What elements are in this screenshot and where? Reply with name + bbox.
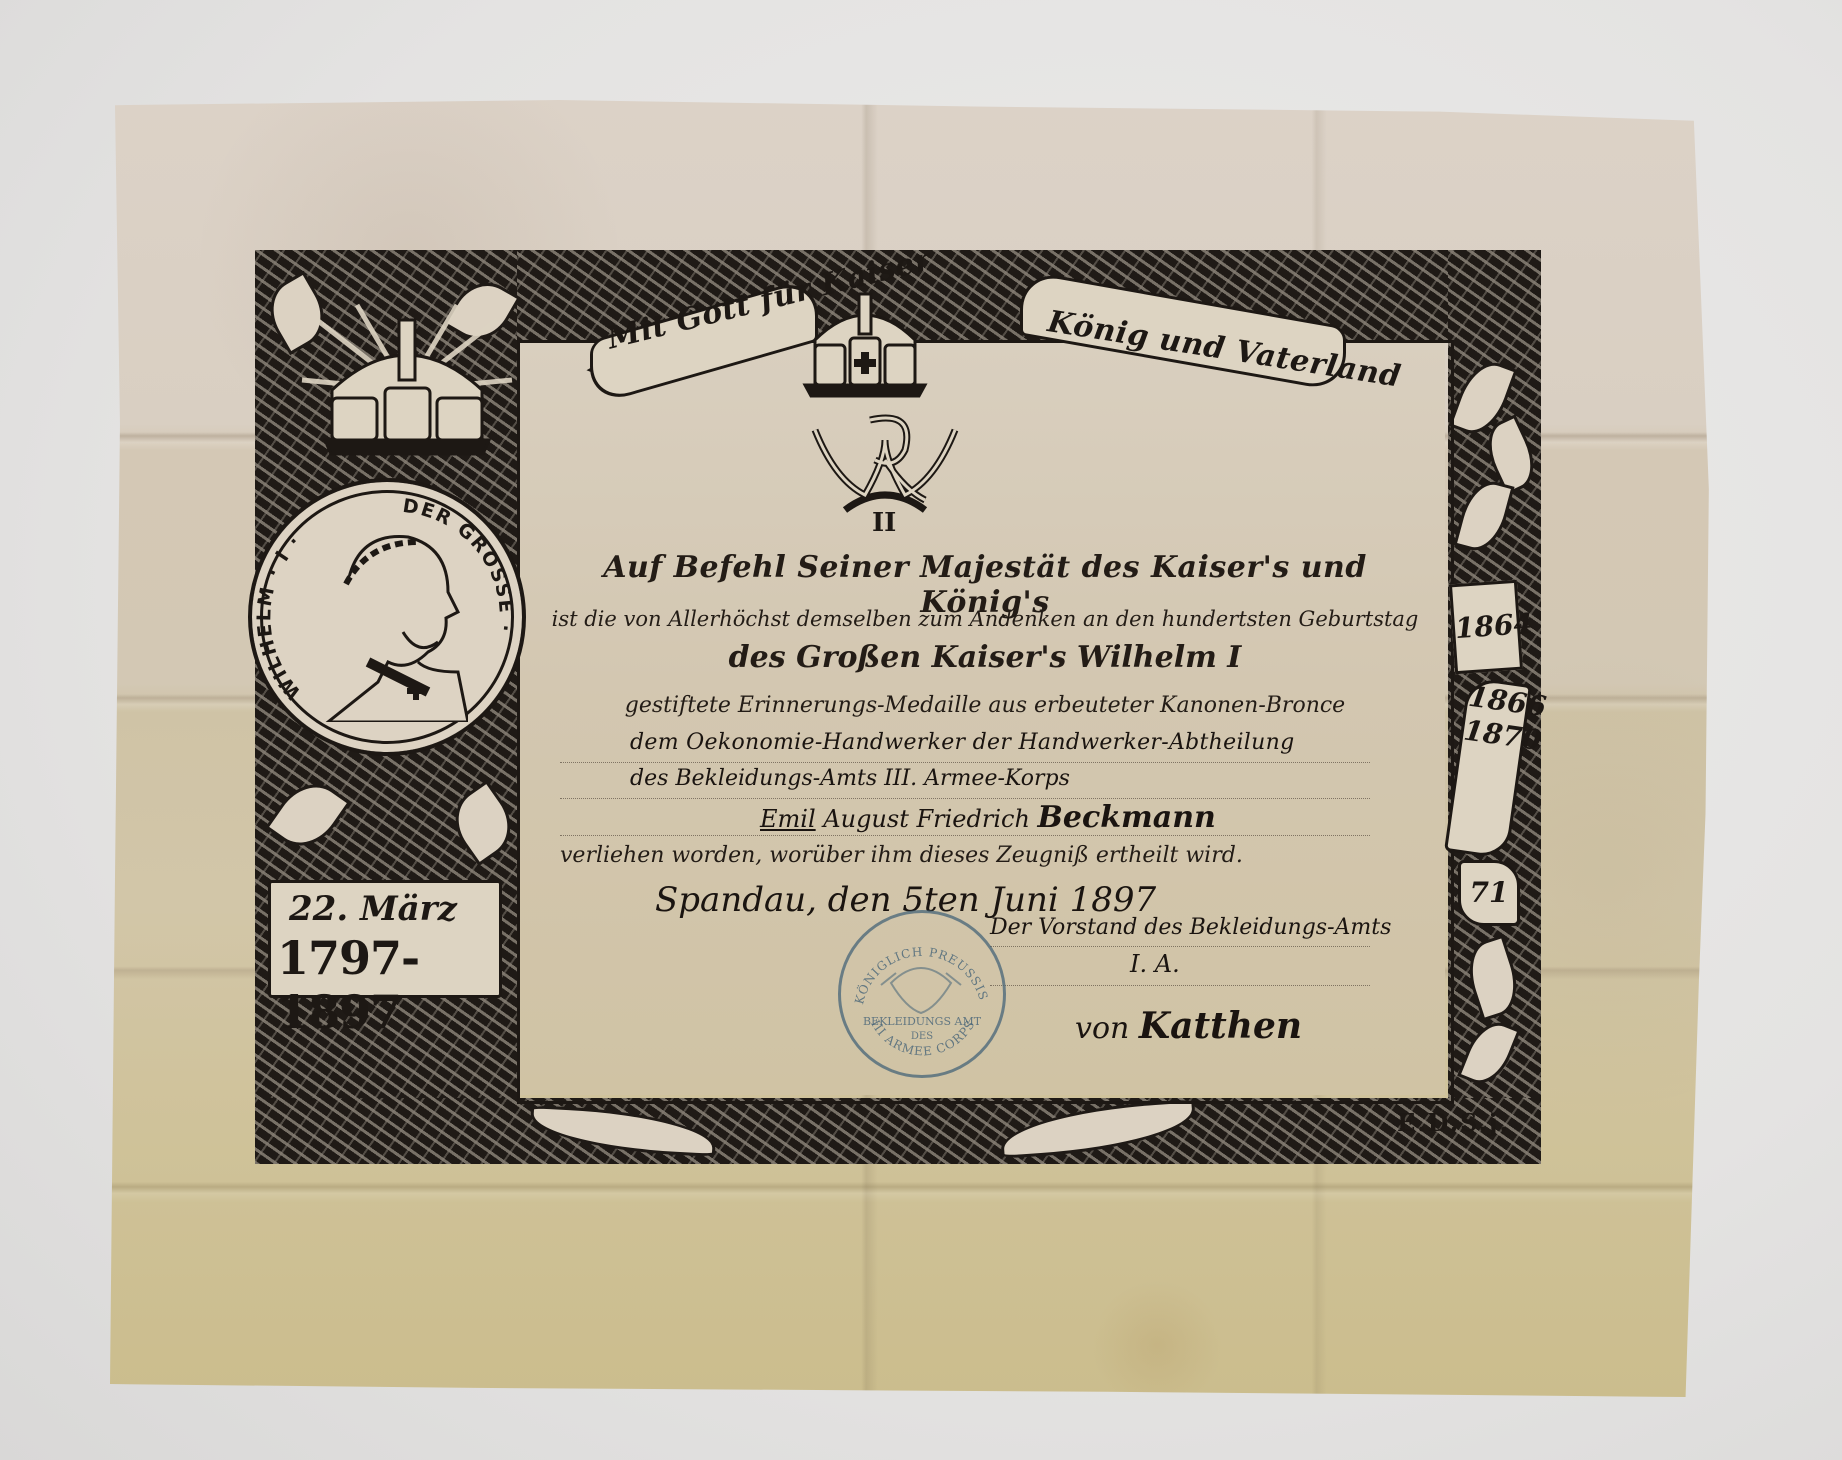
campaign-year-1870: 1870 xyxy=(1462,713,1524,755)
official-signature: von Katthen xyxy=(1075,1005,1302,1047)
cypher-numeral: II xyxy=(872,508,896,538)
recipient-name: Emil August Friedrich Beckmann xyxy=(760,800,1216,835)
fill-line xyxy=(990,985,1370,986)
recipient-rank-line-2: des Bekleidungs-Amts III. Armee-Korps xyxy=(630,766,1070,791)
recipient-given-name-struck: Emil xyxy=(760,805,816,833)
svg-text:BEKLEIDUNGS AMT: BEKLEIDUNGS AMT xyxy=(863,1015,982,1028)
certificate-text-line-3: des Großen Kaiser's Wilhelm I xyxy=(540,640,1430,675)
certificate-text-line-5: verliehen worden, worüber ihm dieses Zeu… xyxy=(560,843,1360,868)
signature-name: Katthen xyxy=(1139,1005,1302,1047)
border-bottom-ornament xyxy=(255,1098,1541,1164)
on-behalf-abbreviation: I. A. xyxy=(1130,950,1180,978)
official-stamp: KÖNIGLICH PREUSSISCHES III ARMEE CORPS B… xyxy=(838,910,1006,1078)
issuing-office: Der Vorstand des Bekleidungs-Amts xyxy=(990,915,1391,940)
fill-line xyxy=(560,798,1370,799)
motto-ribbon: Mit Gott für Kaiser König und Vaterland xyxy=(580,300,1360,374)
crown-with-rays-icon xyxy=(297,300,517,470)
emperor-portrait-icon xyxy=(308,522,468,722)
wilhelm-medallion: WILHELM · I · DER GROSSE · xyxy=(248,478,526,756)
recipient-given-names: August Friedrich xyxy=(823,805,1030,833)
svg-text:DES: DES xyxy=(911,1031,933,1042)
anniversary-day: 22. März xyxy=(289,889,457,929)
anniversary-years: 1797-1897 xyxy=(277,931,499,1039)
signature-prefix: von xyxy=(1075,1011,1129,1046)
artist-monogram: E.D.S.j. xyxy=(1397,1108,1510,1137)
recipient-rank-line-1: dem Oekonomie-Handwerker der Handwerker-… xyxy=(630,730,1294,755)
campaign-year-1864: 1864 xyxy=(1449,580,1523,675)
imperial-crown-icon xyxy=(795,290,935,400)
svg-text:KÖNIGLICH PREUSSISCHES: KÖNIGLICH PREUSSISCHES xyxy=(841,913,991,1006)
fill-line xyxy=(990,946,1370,947)
anniversary-date-banner: 22. März 1797-1897 xyxy=(268,880,502,998)
fill-line xyxy=(560,835,1370,836)
certificate-text-line-2: ist die von Allerhöchst demselben zum An… xyxy=(540,607,1430,631)
certificate-text-line-4: gestiftete Erinnerungs-Medaille aus erbe… xyxy=(540,693,1430,718)
prussian-eagle-stamp-icon: KÖNIGLICH PREUSSISCHES III ARMEE CORPS B… xyxy=(841,913,1003,1075)
fill-line xyxy=(560,762,1370,763)
campaign-year-71: 71 xyxy=(1458,860,1520,926)
recipient-surname: Beckmann xyxy=(1038,800,1216,835)
svg-text:WILHELM · I ·: WILHELM · I · xyxy=(253,530,306,703)
